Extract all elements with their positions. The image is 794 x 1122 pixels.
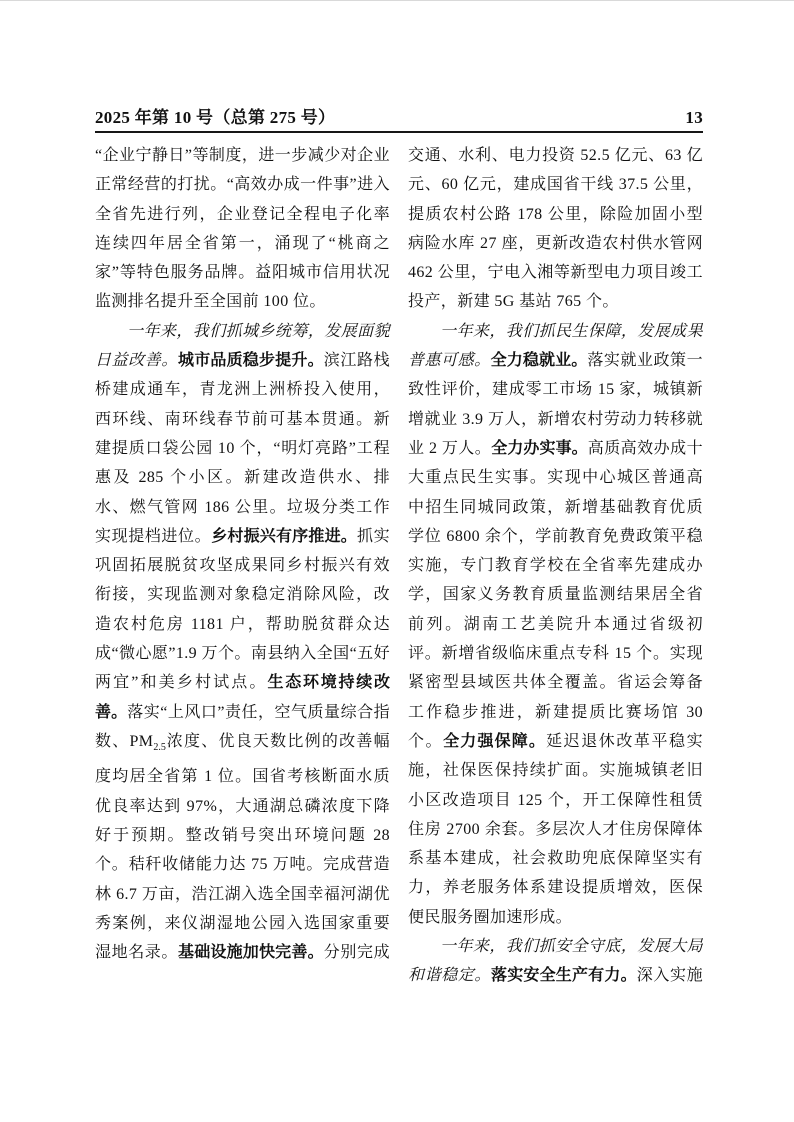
text-run-normal: “企业宁静日”等制度，进一步减少对企业正常经营的打扰。“高效办成一件事”进入全省… [95,147,390,310]
text-run-bold: 乡村振兴有序推进。 [211,528,357,545]
text-run-bold: 全力稳就业。 [491,352,588,369]
scan-edge-artifact [0,0,794,1]
page-header: 2025 年第 10 号（总第 275 号） 13 [95,103,703,133]
text-run-bold: 城市品质稳步提升。 [178,352,324,369]
paragraph: 一年来，我们抓民生保障，发展成果普惠可感。全力稳就业。落实就业政策一致性评价，建… [408,317,703,932]
page-number: 13 [685,108,703,128]
text-run-normal: 高质高效办成十大重点民生实事。实现中心城区普通高中招生同城同政策，新增基础教育优… [408,440,703,750]
article-body: “企业宁静日”等制度，进一步减少对企业正常经营的打扰。“高效办成一件事”进入全省… [95,141,703,991]
gazette-page: 2025 年第 10 号（总第 275 号） 13 “企业宁静日”等制度，进一步… [0,0,794,1122]
text-run-bold: 全力强保障。 [443,733,546,750]
paragraph: “企业宁静日”等制度，进一步减少对企业正常经营的打扰。“高效办成一件事”进入全省… [95,141,390,317]
text-run-normal: 抓实巩固拓展脱贫攻坚成果同乡村振兴有效衔接，实现监测对象稳定消除风险，改造农村危… [95,528,390,691]
text-run-bold: 基础设施加快完善。 [178,944,324,961]
text-run-normal: 延迟退休改革平稳实施，社保医保持续扩面。实施城镇老旧小区改造项目 125 个，开… [408,733,703,926]
text-run-bold: 全力办实事。 [491,440,587,457]
text-run-sub: 2.5 [153,742,166,753]
text-run-bold: 落实安全生产有力。 [491,967,637,984]
text-run-normal: 浓度、优良天数比例的改善幅度均居全省第 1 位。国省考核断面水质优良率达到 97… [95,733,390,961]
issue-title: 2025 年第 10 号（总第 275 号） [95,103,335,128]
text-run-normal: 滨江路栈桥建成通车，青龙洲上洲桥投入使用，西环线、南环线春节前可基本贯通。新建提… [95,352,390,545]
